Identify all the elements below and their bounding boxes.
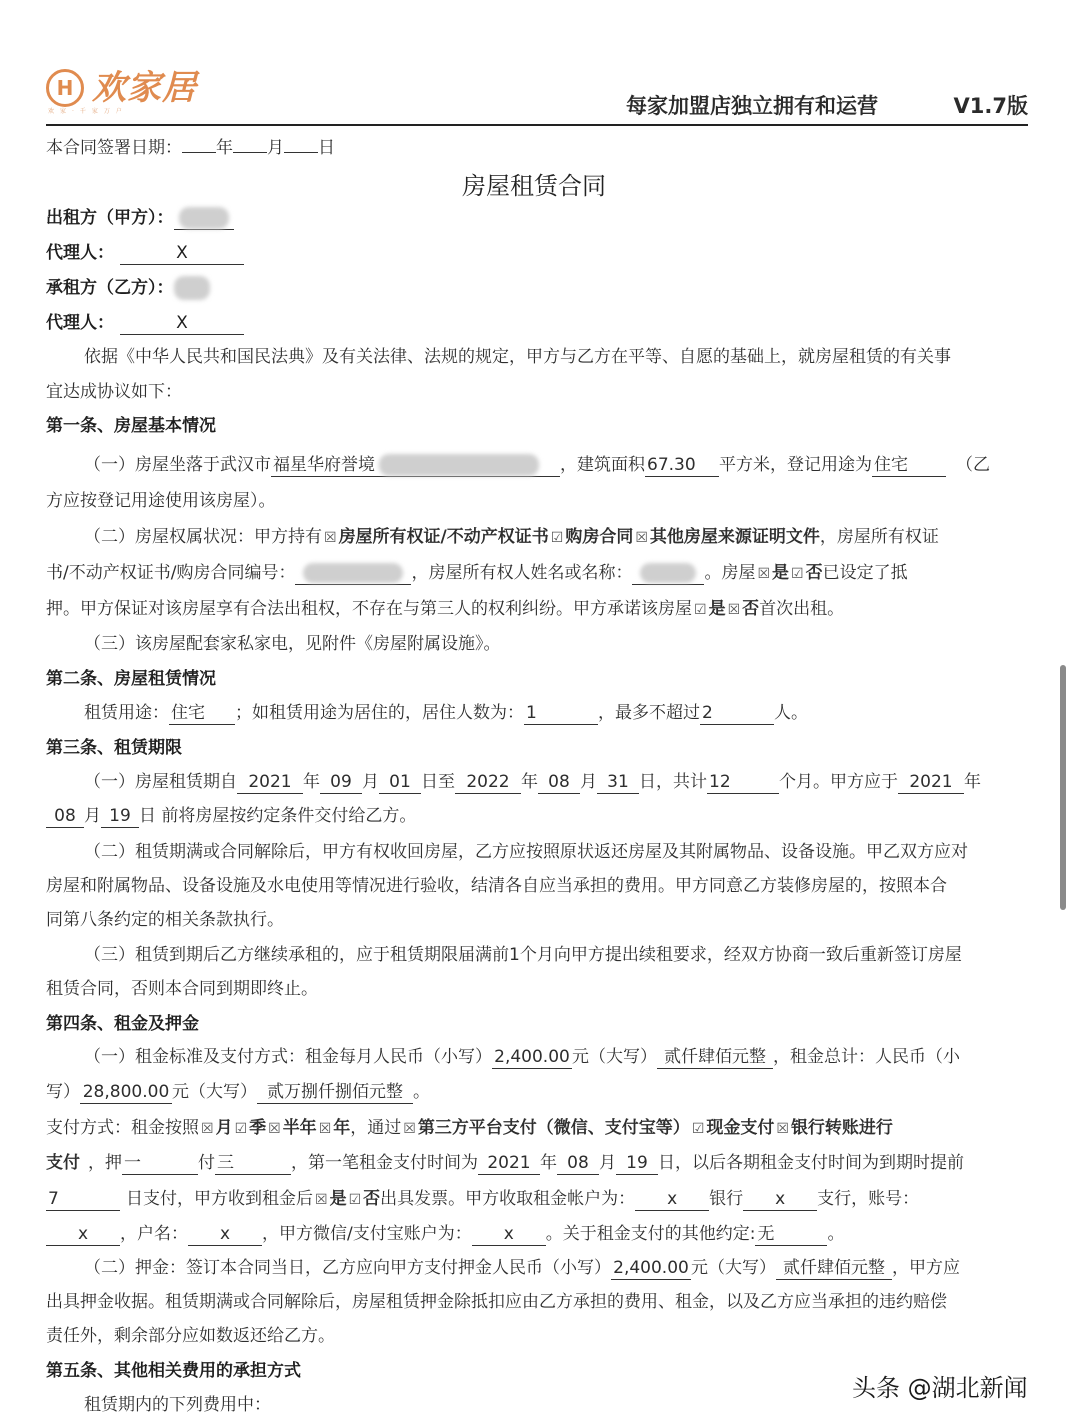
no-label: 否	[363, 1189, 380, 1209]
article1-p1-line2: 方应按登记用途使用该房屋）。	[46, 489, 276, 513]
header-divider	[46, 124, 1028, 126]
pay-months-value: 三	[215, 1152, 291, 1175]
text: 押。甲方保证对该房屋享有合法出租权，不存在与第三人的权利纠纷。甲方承诺该房屋	[46, 599, 692, 619]
article3-heading: 第三条、租赁期限	[46, 736, 182, 760]
advance-days-value: 7	[46, 1188, 120, 1211]
document-header: H 欢家居 欢家·千家万户 每家加盟店独立拥有和运营 V1.7版	[46, 58, 1028, 126]
text: 年	[540, 1153, 557, 1173]
article3-p2-line2: 房屋和附属物品、设备设施及水电使用等情况进行验收，结清各自应当承担的费用。甲方同…	[46, 874, 947, 898]
text: 日，以后各期租金支付时间为到期时提前	[658, 1153, 964, 1173]
no-label: 否	[742, 599, 759, 619]
total-rent-value: 28,800.00	[80, 1081, 172, 1104]
payment-line2: 支付，押一付三，第一笔租金支付时间为2021年08月19日，以后各期租金支付时间…	[46, 1151, 964, 1175]
option-label: 购房合同	[565, 527, 633, 547]
delivery-day-value: 19	[101, 805, 139, 828]
end-day-value: 31	[597, 771, 639, 794]
logo-subtitle: 欢家·千家万户	[48, 106, 128, 115]
other-terms-value: 无	[755, 1223, 827, 1246]
deposit-months-value: 一	[122, 1152, 198, 1175]
article4-p1-line1: （一）租金标准及支付方式：租金每月人民币（小写）2,400.00元（大写）贰仟肆…	[84, 1045, 960, 1069]
text: ，第一笔租金支付时间为	[291, 1153, 478, 1173]
text: （乙	[956, 455, 990, 475]
lessor-line: 出租方（甲方）：	[46, 206, 234, 230]
account-name-value: x	[188, 1223, 262, 1246]
option-label: 月	[216, 1118, 233, 1138]
option-label: 银行转账进行	[791, 1118, 893, 1138]
text: ，甲方微信/支付宝账户为：	[262, 1224, 472, 1244]
text: 平方米，登记用途为	[719, 455, 872, 475]
text: 已设定了抵	[823, 563, 908, 583]
version-label: V1.7版	[954, 90, 1028, 120]
checkbox-checked-icon: ☑	[349, 1192, 362, 1208]
lessor-agent-line: 代理人： X	[46, 241, 244, 265]
year-label: 年	[216, 138, 233, 158]
sign-year-blank	[182, 134, 216, 153]
article1-p2-line2: 书/不动产权证书/购房合同编号：，房屋所有权人姓名或名称：。房屋☒是☑否已设定了…	[46, 561, 908, 586]
option-label: 支付	[46, 1153, 80, 1173]
first-payment-year-value: 2021	[478, 1152, 540, 1175]
preamble-line-2: 宜达成协议如下：	[46, 380, 182, 404]
text: 。	[413, 1082, 430, 1102]
monthly-rent-cn-value: 贰仟肆佰元整	[657, 1046, 773, 1069]
end-month-value: 08	[538, 771, 580, 794]
text: （二）押金：签订本合同当日，乙方应向甲方支付押金人民币（小写）	[84, 1258, 611, 1278]
option-label: 房屋所有权证/不动产权证书	[339, 527, 549, 547]
text: ，最多不超过	[598, 703, 700, 723]
delivery-year-value: 2021	[898, 771, 964, 794]
residents-value: 1	[524, 702, 598, 725]
vertical-scrollbar[interactable]	[1060, 665, 1066, 910]
checkbox-unchecked-icon: ☒	[776, 1121, 789, 1137]
text: 元（大写）	[172, 1082, 257, 1102]
checkbox-checked-icon: ☑	[694, 602, 707, 618]
article2-heading: 第二条、房屋租赁情况	[46, 667, 216, 691]
payment-line1: 支付方式：租金按照☒月☑季☒半年☒年，通过☒第三方平台支付（微信、支付宝等）☑现…	[46, 1116, 893, 1141]
lessee-line: 承租方（乙方）：	[46, 276, 210, 300]
text: 付	[198, 1153, 215, 1173]
bank-value: x	[743, 1188, 817, 1211]
lessor-agent-value: X	[120, 242, 244, 265]
text: 银行	[709, 1189, 743, 1209]
franchise-tagline: 每家加盟店独立拥有和运营	[626, 90, 878, 120]
article3-p2-line1: （二）租赁期满或合同解除后，甲方有权收回房屋，乙方应按照原状返还房屋及其附属物品…	[84, 840, 968, 864]
certificate-number-redacted	[295, 562, 411, 585]
source-watermark: 头条 @湖北新闻	[852, 1368, 1028, 1403]
text: 。	[827, 1224, 844, 1244]
text: 月	[580, 772, 597, 792]
checkbox-unchecked-icon: ☒	[728, 602, 741, 618]
article1-p3: （三）该房屋配套家私家电，见附件《房屋附属设施》。	[84, 632, 501, 656]
article1-p2-line3: 押。甲方保证对该房屋享有合法出租权，不存在与第三人的权利纠纷。甲方承诺该房屋☑是…	[46, 597, 844, 622]
text: 支行，账号：	[817, 1189, 919, 1209]
month-label: 月	[267, 138, 284, 158]
text: ，甲方应	[892, 1258, 960, 1278]
text: （二）房屋权属状况：甲方持有	[84, 527, 322, 547]
article5-p1: 租赁期内的下列费用中：	[84, 1393, 271, 1417]
text: 年	[303, 772, 320, 792]
lessee-label: 承租方（乙方）：	[46, 278, 174, 298]
checkbox-checked-icon: ☑	[235, 1121, 248, 1137]
text: 月	[599, 1153, 616, 1173]
preamble-line-1: 依据《中华人民共和国民法典》及有关法律、法规的规定，甲方与乙方在平等、自愿的基础…	[84, 345, 951, 369]
deposit-amount-cn-value: 贰仟肆佰元整	[776, 1257, 892, 1280]
text: 。关于租金支付的其他约定:	[546, 1224, 756, 1244]
article4-p2-line3: 责任外，剩余部分应如数返还给乙方。	[46, 1324, 335, 1348]
article1-heading: 第一条、房屋基本情况	[46, 414, 216, 438]
text: 日	[639, 772, 656, 792]
article3-p1-line2: 08月19日 前将房屋按约定条件交付给乙方。	[46, 804, 416, 828]
checkbox-unchecked-icon: ☒	[403, 1121, 416, 1137]
logo-h-icon: H	[46, 69, 84, 107]
option-label: 季	[249, 1118, 266, 1138]
text: 年	[521, 772, 538, 792]
checkbox-checked-icon: ☑	[551, 530, 564, 546]
payment-line3: 7日支付，甲方收到租金后☒是☑否出具发票。甲方收取租金帐户为：x银行x支行，账号…	[46, 1187, 919, 1212]
text: 元（大写）	[572, 1047, 657, 1067]
article1-p2-line1: （二）房屋权属状况：甲方持有☒房屋所有权证/不动产权证书☑购房合同☒其他房屋来源…	[84, 525, 939, 550]
start-month-value: 09	[320, 771, 362, 794]
checkbox-unchecked-icon: ☒	[757, 566, 770, 582]
text: 书/不动产权证书/购房合同编号：	[46, 563, 295, 583]
option-label: 第三方平台支付（微信、支付宝等）	[418, 1118, 690, 1138]
lessee-agent-value: X	[120, 312, 244, 335]
checkbox-unchecked-icon: ☒	[268, 1121, 281, 1137]
article3-p3-line2: 租赁合同，否则本合同到期即终止。	[46, 977, 318, 1001]
text: ，房屋所有权证	[820, 527, 939, 547]
text: ，共计	[656, 772, 707, 792]
logo-text: 欢家居	[92, 69, 197, 107]
text: （一）房屋坐落于武汉市	[84, 455, 271, 475]
payment-line4: x，户名：x，甲方微信/支付宝账户为：x。关于租金支付的其他约定:无。	[46, 1222, 844, 1246]
text: 元（大写）	[691, 1258, 776, 1278]
total-rent-cn-value: 贰万捌仟捌佰元整	[257, 1081, 413, 1104]
total-months-value: 12	[707, 771, 779, 794]
sign-date-label: 本合同签署日期：	[46, 138, 182, 158]
text: ，通过	[350, 1118, 401, 1138]
text: 日 前将房屋按约定条件交付给乙方。	[139, 806, 416, 826]
checkbox-unchecked-icon: ☒	[201, 1121, 214, 1137]
option-label: 其他房屋来源证明文件	[650, 527, 820, 547]
address-redacted	[379, 454, 539, 476]
day-label: 日	[318, 138, 335, 158]
checkbox-unchecked-icon: ☒	[315, 1192, 328, 1208]
no-label: 否	[806, 563, 823, 583]
first-payment-month-value: 08	[557, 1152, 599, 1175]
lessor-label: 出租方（甲方）：	[46, 208, 174, 228]
article3-p1-line1: （一）房屋租赁期自2021年09月01日至2022年08月31日，共计12个月。…	[84, 770, 981, 794]
article4-p1-line2: 写）28,800.00元（大写）贰万捌仟捌佰元整。	[46, 1080, 430, 1104]
text: ，户名：	[120, 1224, 188, 1244]
text: 。房屋	[704, 563, 755, 583]
start-year-value: 2021	[237, 771, 303, 794]
yes-label: 是	[772, 563, 789, 583]
text: ，押	[88, 1153, 122, 1173]
end-year-value: 2022	[455, 771, 521, 794]
text: 人。	[774, 703, 808, 723]
rental-usage-value: 住宅	[169, 702, 235, 725]
text: 租赁用途：	[84, 703, 169, 723]
checkbox-checked-icon: ☑	[791, 566, 804, 582]
delivery-month-value: 08	[46, 805, 84, 828]
article1-p1-line1: （一）房屋坐落于武汉市福星华府誉境，建筑面积67.30平方米，登记用途为住宅（乙	[84, 453, 990, 477]
lessee-agent-label: 代理人：	[46, 313, 114, 333]
option-label: 半年	[283, 1118, 317, 1138]
text: 个月。甲方应于	[779, 772, 898, 792]
sign-month-blank	[233, 134, 267, 153]
text: 日至	[421, 772, 455, 792]
yes-label: 是	[709, 599, 726, 619]
monthly-rent-value: 2,400.00	[492, 1046, 572, 1069]
lessor-agent-label: 代理人：	[46, 243, 114, 263]
article4-p2-line2: 出具押金收据。租赁期满或合同解除后，房屋租赁押金除抵扣应由乙方承担的费用、租金，…	[46, 1290, 947, 1314]
text: 月	[84, 806, 101, 826]
max-residents-value: 2	[700, 702, 774, 725]
lessee-agent-line: 代理人： X	[46, 311, 244, 335]
account-holder-value: x	[635, 1188, 709, 1211]
address-field: 福星华府誉境	[271, 454, 560, 477]
sign-day-blank	[284, 134, 318, 153]
text: 出具发票。	[380, 1189, 465, 1209]
registered-usage-value: 住宅	[872, 454, 946, 477]
text: 甲方收取租金帐户为：	[465, 1189, 635, 1209]
address-value: 福星华府誉境	[273, 455, 375, 475]
text: ；如租赁用途为居住的，居住人数为：	[235, 703, 524, 723]
lessor-name-redacted	[174, 207, 234, 230]
article3-p3-line1: （三）租赁到期后乙方继续承租的，应于租赁期限届满前1个月向甲方提出续租要求，经双…	[84, 943, 962, 967]
text: 支付方式：租金按照	[46, 1118, 199, 1138]
text: （一）租金标准及支付方式：租金每月人民币（小写）	[84, 1047, 492, 1067]
checkbox-unchecked-icon: ☒	[319, 1121, 332, 1137]
text: 写）	[46, 1082, 80, 1102]
article4-p2-line1: （二）押金：签订本合同当日，乙方应向甲方支付押金人民币（小写）2,400.00元…	[84, 1256, 960, 1280]
document-page: H 欢家居 欢家·千家万户 每家加盟店独立拥有和运营 V1.7版 本合同签署日期…	[0, 0, 1068, 1424]
first-payment-day-value: 19	[616, 1152, 658, 1175]
text: 月	[362, 772, 379, 792]
account-number-value: x	[46, 1223, 120, 1246]
deposit-amount-value: 2,400.00	[611, 1257, 691, 1280]
article3-p2-line3: 同第八条约定的相关条款执行。	[46, 908, 284, 932]
contract-title: 房屋租赁合同	[0, 166, 1068, 201]
text: ，房屋所有权人姓名或名称：	[411, 563, 632, 583]
option-label: 现金支付	[706, 1118, 774, 1138]
start-day-value: 01	[379, 771, 421, 794]
checkbox-unchecked-icon: ☒	[324, 530, 337, 546]
sign-date-line: 本合同签署日期：年月日	[46, 134, 335, 160]
owner-name-redacted	[632, 562, 704, 585]
wechat-alipay-value: x	[472, 1223, 546, 1246]
article2-p1: 租赁用途：住宅；如租赁用途为居住的，居住人数为：1，最多不超过2人。	[84, 701, 808, 725]
text: 日支付，甲方收到租金后	[126, 1189, 313, 1209]
option-label: 年	[333, 1118, 350, 1138]
checkbox-unchecked-icon: ☒	[635, 530, 648, 546]
text: ，建筑面积	[560, 455, 645, 475]
text: 年	[964, 772, 981, 792]
article4-heading: 第四条、租金及押金	[46, 1012, 199, 1036]
area-value: 67.30	[645, 454, 719, 477]
lessee-name-redacted	[174, 276, 210, 300]
text: ，租金总计：人民币（小	[773, 1047, 960, 1067]
article5-heading: 第五条、其他相关费用的承担方式	[46, 1359, 301, 1383]
yes-label: 是	[330, 1189, 347, 1209]
checkbox-checked-icon: ☑	[692, 1121, 705, 1137]
text: （一）房屋租赁期自	[84, 772, 237, 792]
text: 首次出租。	[759, 599, 844, 619]
